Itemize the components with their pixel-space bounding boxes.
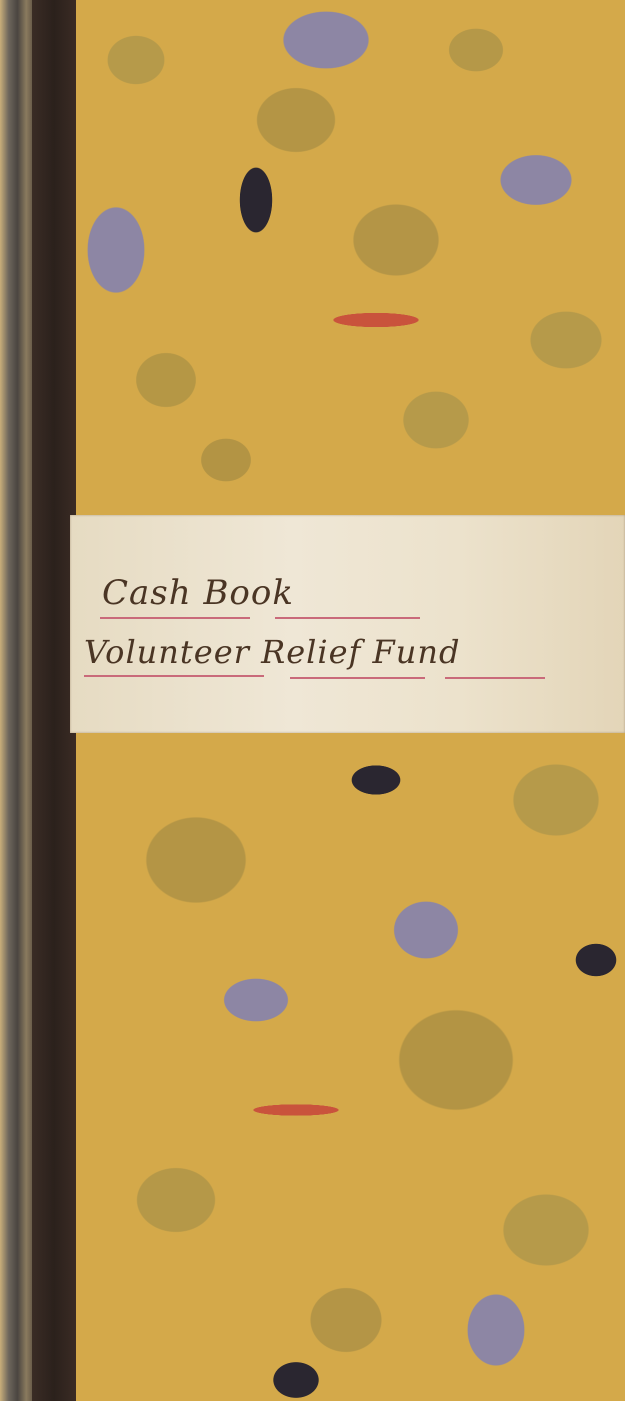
book-cover: Cash Book Volunteer Relief Fund xyxy=(0,0,625,1401)
underline-2 xyxy=(275,617,420,619)
underline-3 xyxy=(84,675,264,677)
underline-5 xyxy=(445,677,545,679)
title-label: Cash Book Volunteer Relief Fund xyxy=(70,515,625,733)
underline-1 xyxy=(100,617,250,619)
underline-4 xyxy=(290,677,425,679)
worn-spine-edge xyxy=(0,0,35,1401)
label-line-1: Cash Book xyxy=(102,573,294,613)
label-line-2: Volunteer Relief Fund xyxy=(84,633,460,671)
